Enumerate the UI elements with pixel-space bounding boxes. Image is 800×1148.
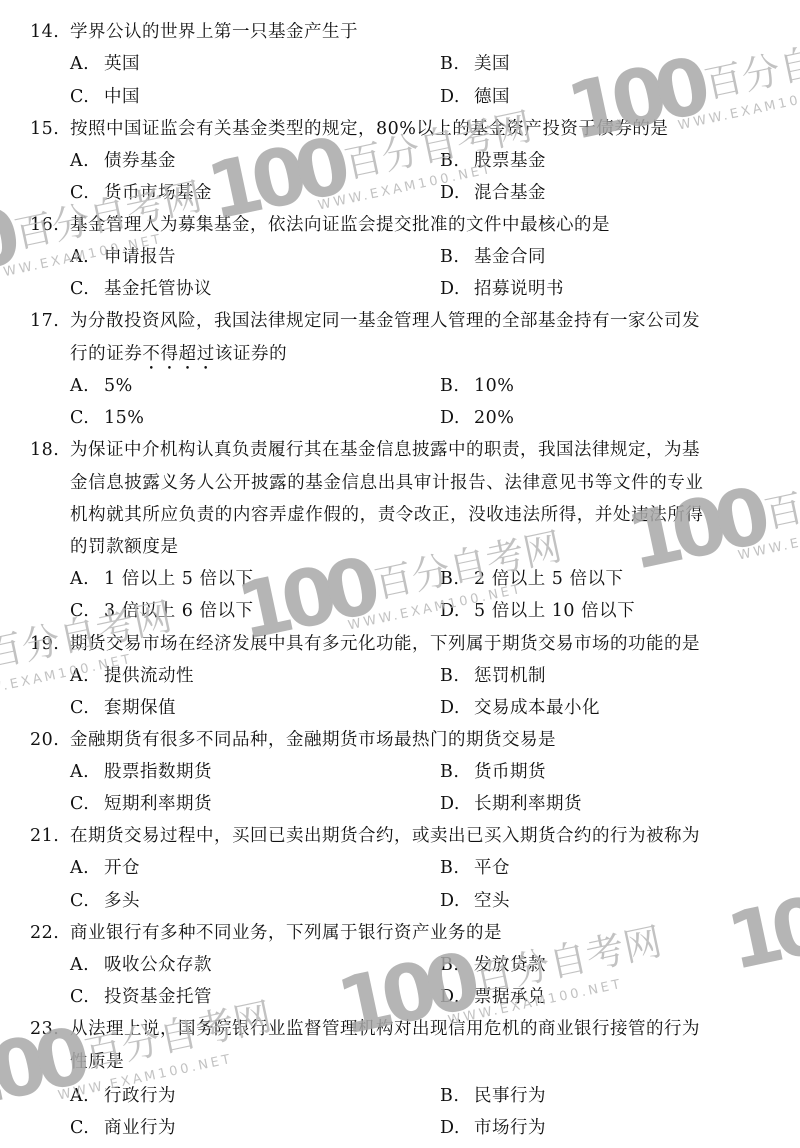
option-text: 2 倍以上 5 倍以下 — [474, 569, 623, 589]
option-d: D.交易成本最小化 — [440, 692, 600, 724]
option-text: 招募说明书 — [474, 279, 564, 299]
option-text: 基金托管协议 — [104, 279, 212, 299]
option-label: C. — [70, 1112, 104, 1144]
question-number: 14. — [30, 16, 70, 48]
option-b: B.惩罚机制 — [440, 660, 546, 692]
option-text: 英国 — [104, 54, 140, 74]
option-label: D. — [440, 177, 474, 209]
option-label: A. — [70, 370, 104, 402]
option-label: D. — [440, 402, 474, 434]
option-b: B.美国 — [440, 48, 510, 80]
option-label: C. — [70, 595, 104, 627]
question-16: 16.基金管理人为募集基金，依法向证监会提交批准的文件中最核心的是 — [30, 209, 610, 241]
option-c: C.中国 — [70, 81, 140, 113]
option-text: 基金合同 — [474, 247, 546, 267]
question-stem-line: 金信息披露义务人公开披露的基金信息出具审计报告、法律意见书等文件的专业 — [70, 467, 770, 500]
question-stem: 期货交易市场在经济发展中具有多元化功能，下列属于期货交易市场的功能的是 — [70, 634, 700, 654]
option-text: 股票指数期货 — [104, 762, 212, 782]
question-19: 19.期货交易市场在经济发展中具有多元化功能，下列属于期货交易市场的功能的是 — [30, 628, 700, 660]
watermark-brand: 百分自考网 — [701, 27, 800, 104]
option-text: 惩罚机制 — [474, 666, 546, 686]
option-c: C.货币市场基金 — [70, 177, 212, 209]
option-label: D. — [440, 885, 474, 917]
option-text: 20% — [474, 408, 514, 428]
watermark-url: WWW.EXAM100.NET — [677, 72, 800, 133]
option-label: D. — [440, 273, 474, 305]
question-number: 16. — [30, 209, 70, 241]
option-label: B. — [440, 563, 474, 595]
question-stem-line: 的罚款额度是 — [70, 531, 770, 564]
option-d: D.20% — [440, 402, 514, 434]
option-d: D.空头 — [440, 885, 510, 917]
option-b: B.基金合同 — [440, 241, 546, 273]
option-text: 开仓 — [104, 858, 140, 878]
option-a: A.提供流动性 — [70, 660, 194, 692]
option-b: B.2 倍以上 5 倍以下 — [440, 563, 623, 595]
option-a: A.开仓 — [70, 852, 140, 884]
option-text: 平仓 — [474, 858, 510, 878]
question-stem: 商业银行有多种不同业务，下列属于银行资产业务的是 — [70, 923, 502, 943]
option-label: C. — [70, 273, 104, 305]
option-d: D.德国 — [440, 81, 510, 113]
option-b: B.10% — [440, 370, 514, 402]
option-text: 3 倍以上 6 倍以下 — [104, 601, 253, 621]
option-text: 10% — [474, 376, 514, 396]
question-15: 15.按照中国证监会有关基金类型的规定，80%以上的基金资产投资于债券的是 — [30, 113, 668, 145]
option-c: C.投资基金托管 — [70, 981, 212, 1013]
option-label: A. — [70, 852, 104, 884]
question-22: 22.商业银行有多种不同业务，下列属于银行资产业务的是 — [30, 917, 502, 949]
question-stem-line: 机构就其所应负责的内容弄虚作假的，责令改正，没收违法所得，并处违法所得 — [70, 499, 770, 532]
option-label: A. — [70, 1080, 104, 1112]
option-b: B.发放贷款 — [440, 949, 546, 981]
option-label: A. — [70, 241, 104, 273]
question-18: 18.为保证中介机构认真负责履行其在基金信息披露中的职责，我国法律规定，为基 — [30, 434, 700, 466]
question-stem: 在期货交易过程中，买回已卖出期货合约，或卖出已买入期货合约的行为被称为 — [70, 826, 700, 846]
option-label: C. — [70, 885, 104, 917]
option-text: 市场行为 — [474, 1118, 546, 1138]
question-number: 21. — [30, 820, 70, 852]
question-number: 15. — [30, 113, 70, 145]
option-a: A.申请报告 — [70, 241, 176, 273]
option-text: 行政行为 — [104, 1086, 176, 1106]
stem-text: 该证券的 — [215, 344, 287, 364]
option-b: B.平仓 — [440, 852, 510, 884]
option-label: B. — [440, 1080, 474, 1112]
option-c: C.商业行为 — [70, 1112, 176, 1144]
option-label: D. — [440, 692, 474, 724]
option-text: 股票基金 — [474, 151, 546, 171]
option-label: B. — [440, 660, 474, 692]
option-label: D. — [440, 81, 474, 113]
option-text: 提供流动性 — [104, 666, 194, 686]
option-text: 发放贷款 — [474, 955, 546, 975]
option-text: 15% — [104, 408, 144, 428]
option-label: C. — [70, 692, 104, 724]
watermark-logo: 100 — [0, 192, 19, 308]
option-label: B. — [440, 48, 474, 80]
option-label: B. — [440, 241, 474, 273]
exam-page: 14.学界公认的世界上第一只基金产生于 A.英国 B.美国 C.中国 D.德国 … — [0, 0, 800, 1148]
option-label: D. — [440, 595, 474, 627]
option-c: C.基金托管协议 — [70, 273, 212, 305]
option-text: 申请报告 — [104, 247, 176, 267]
option-c: C.短期利率期货 — [70, 788, 212, 820]
watermark-logo: 100 — [720, 872, 800, 988]
option-label: B. — [440, 949, 474, 981]
option-text: 混合基金 — [474, 183, 546, 203]
option-a: A.英国 — [70, 48, 140, 80]
option-text: 美国 — [474, 54, 510, 74]
question-number: 19. — [30, 628, 70, 660]
option-b: B.民事行为 — [440, 1080, 546, 1112]
option-text: 空头 — [474, 891, 510, 911]
option-label: A. — [70, 48, 104, 80]
option-text: 货币市场基金 — [104, 183, 212, 203]
option-a: A.5% — [70, 370, 133, 402]
emphasized-text: 不得超过 — [142, 344, 214, 364]
option-label: B. — [440, 852, 474, 884]
question-stem-line: 性质是 — [70, 1046, 770, 1079]
option-label: C. — [70, 81, 104, 113]
option-a: A.1 倍以上 5 倍以下 — [70, 563, 253, 595]
question-number: 22. — [30, 917, 70, 949]
option-label: C. — [70, 981, 104, 1013]
option-text: 中国 — [104, 87, 140, 107]
option-text: 长期利率期货 — [474, 794, 582, 814]
option-text: 商业行为 — [104, 1118, 176, 1138]
option-d: D.长期利率期货 — [440, 788, 582, 820]
option-text: 德国 — [474, 87, 510, 107]
option-d: D.市场行为 — [440, 1112, 546, 1144]
option-d: D.招募说明书 — [440, 273, 564, 305]
option-d: D.混合基金 — [440, 177, 546, 209]
question-14: 14.学界公认的世界上第一只基金产生于 — [30, 16, 358, 48]
stem-text: 行的证券 — [70, 344, 142, 364]
option-label: C. — [70, 177, 104, 209]
option-label: B. — [440, 145, 474, 177]
option-text: 套期保值 — [104, 698, 176, 718]
question-number: 17. — [30, 305, 70, 337]
watermark: 100百分自考网 WWW.EXAM100.NET — [720, 832, 800, 985]
option-text: 债券基金 — [104, 151, 176, 171]
option-b: B.货币期货 — [440, 756, 546, 788]
question-21: 21.在期货交易过程中，买回已卖出期货合约，或卖出已买入期货合约的行为被称为 — [30, 820, 700, 852]
option-text: 民事行为 — [474, 1086, 546, 1106]
option-label: D. — [440, 1112, 474, 1144]
question-stem-line: 从法理上说，国务院银行业监督管理机构对出现信用危机的商业银行接管的行为 — [70, 1019, 700, 1039]
option-text: 5 倍以上 10 倍以下 — [474, 601, 635, 621]
option-c: C.3 倍以上 6 倍以下 — [70, 595, 253, 627]
option-label: A. — [70, 660, 104, 692]
option-label: D. — [440, 788, 474, 820]
question-number: 20. — [30, 724, 70, 756]
option-c: C.套期保值 — [70, 692, 176, 724]
option-text: 多头 — [104, 891, 140, 911]
option-a: A.股票指数期货 — [70, 756, 212, 788]
question-stem: 按照中国证监会有关基金类型的规定，80%以上的基金资产投资于债券的是 — [70, 119, 668, 139]
option-label: C. — [70, 402, 104, 434]
option-text: 货币期货 — [474, 762, 546, 782]
option-d: D.5 倍以上 10 倍以下 — [440, 595, 635, 627]
option-text: 投资基金托管 — [104, 987, 212, 1007]
option-a: A.吸收公众存款 — [70, 949, 212, 981]
option-text: 短期利率期货 — [104, 794, 212, 814]
question-number: 18. — [30, 434, 70, 466]
option-a: A.行政行为 — [70, 1080, 176, 1112]
question-number: 23. — [30, 1013, 70, 1045]
question-20: 20.金融期货有很多不同品种，金融期货市场最热门的期货交易是 — [30, 724, 556, 756]
option-text: 交易成本最小化 — [474, 698, 600, 718]
question-stem: 基金管理人为募集基金，依法向证监会提交批准的文件中最核心的是 — [70, 215, 610, 235]
option-text: 票据承兑 — [474, 987, 546, 1007]
option-a: A.债券基金 — [70, 145, 176, 177]
option-label: B. — [440, 756, 474, 788]
question-17: 17.为分散投资风险，我国法律规定同一基金管理人管理的全部基金持有一家公司发 — [30, 305, 700, 337]
question-stem-line: 为分散投资风险，我国法律规定同一基金管理人管理的全部基金持有一家公司发 — [70, 311, 700, 331]
option-label: D. — [440, 981, 474, 1013]
option-label: A. — [70, 756, 104, 788]
option-label: B. — [440, 370, 474, 402]
option-c: C.15% — [70, 402, 144, 434]
question-stem: 金融期货有很多不同品种，金融期货市场最热门的期货交易是 — [70, 730, 556, 750]
option-c: C.多头 — [70, 885, 140, 917]
option-text: 5% — [104, 376, 133, 396]
option-label: A. — [70, 949, 104, 981]
option-text: 1 倍以上 5 倍以下 — [104, 569, 253, 589]
question-stem-line: 行的证券不得超过该证券的 — [70, 338, 770, 374]
question-23: 23.从法理上说，国务院银行业监督管理机构对出现信用危机的商业银行接管的行为 — [30, 1013, 700, 1045]
option-label: A. — [70, 145, 104, 177]
option-label: C. — [70, 788, 104, 820]
question-stem: 学界公认的世界上第一只基金产生于 — [70, 22, 358, 42]
option-label: A. — [70, 563, 104, 595]
question-stem-line: 为保证中介机构认真负责履行其在基金信息披露中的职责，我国法律规定，为基 — [70, 440, 700, 460]
option-d: D.票据承兑 — [440, 981, 546, 1013]
option-text: 吸收公众存款 — [104, 955, 212, 975]
option-b: B.股票基金 — [440, 145, 546, 177]
